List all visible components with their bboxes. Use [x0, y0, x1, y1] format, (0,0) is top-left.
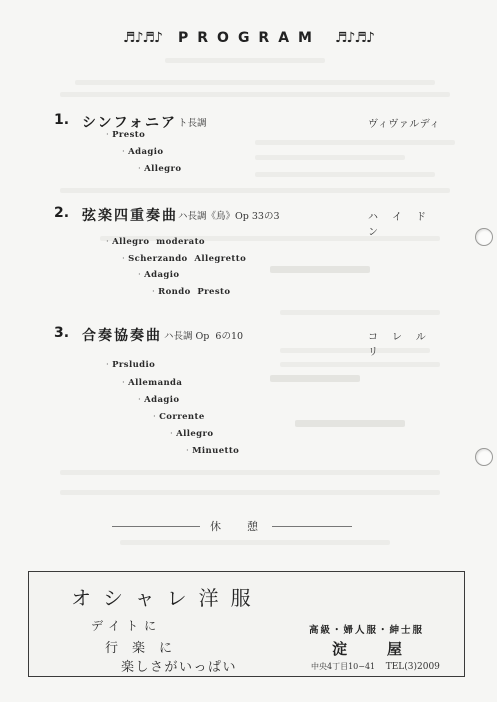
- ad-line: デイトに: [91, 617, 162, 634]
- ad-slogan: オシャレ洋服: [71, 582, 263, 611]
- piece-title: 合奏協奏曲: [82, 325, 162, 345]
- program-title: ♬♪♬♪PROGRAM♬♪♬♪: [0, 30, 497, 46]
- advertisement-box: オシャレ洋服 デイトに 行楽に 楽しさがいっぱい 高級・婦人服・紳士服 淀屋 中…: [28, 571, 465, 677]
- music-notes-icon: ♬♪♬♪: [335, 30, 374, 46]
- movement: ·Minuetto: [186, 446, 239, 456]
- address: 中央4丁目10−41: [311, 662, 375, 671]
- shop-name: 淀屋: [332, 638, 442, 659]
- movement: ·Corrente: [153, 412, 205, 422]
- shop-address: 中央4丁目10−41 TEL(3)2009: [311, 661, 440, 672]
- movement: ·Adagio: [138, 270, 179, 280]
- punch-hole-top: [475, 228, 493, 246]
- piece-key: ハ長調 Op 6の10: [164, 328, 243, 342]
- movement: ·Rondo Presto: [152, 287, 230, 297]
- punch-hole-bottom: [475, 448, 493, 466]
- movement: ·Adagio: [122, 147, 163, 157]
- divider-line-right: [272, 526, 352, 527]
- piece-number: 3.: [54, 325, 69, 341]
- piece-2-header: 2. 弦楽四重奏曲 ハ長調《鳥》Op 33の3 ハイドン: [54, 205, 454, 227]
- composer: ハイドン: [368, 208, 454, 238]
- movement: ·Prsludio: [106, 360, 155, 370]
- movement: ·Allegro: [138, 164, 181, 174]
- divider-line-left: [112, 526, 200, 527]
- movement: ·Presto: [106, 130, 145, 140]
- piece-number: 1.: [54, 112, 69, 128]
- composer: ヴィヴァルディ: [368, 115, 440, 130]
- ad-line: 楽しさがいっぱい: [121, 656, 237, 675]
- piece-3-header: 3. 合奏協奏曲 ハ長調 Op 6の10 コレルリ: [54, 325, 454, 347]
- piece-key: ト長調: [178, 115, 207, 129]
- piece-title: 弦楽四重奏曲: [82, 205, 178, 225]
- movement: ·Allegro moderato: [106, 237, 205, 247]
- ad-line: 行楽に: [105, 637, 186, 656]
- telephone: TEL(3)2009: [386, 662, 440, 672]
- intermission: 休憩: [112, 518, 352, 534]
- movement: ·Scherzando Allegretto: [122, 254, 246, 264]
- movement: ·Allemanda: [122, 378, 182, 388]
- piece-title: シンフォニア: [82, 112, 177, 132]
- movement: ·Adagio: [138, 395, 179, 405]
- ad-categories: 高級・婦人服・紳士服: [309, 622, 424, 636]
- piece-key: ハ長調《鳥》Op 33の3: [178, 208, 280, 222]
- music-notes-icon: ♬♪♬♪: [123, 30, 162, 46]
- movement: ·Allegro: [170, 429, 213, 439]
- composer: コレルリ: [368, 328, 454, 358]
- piece-number: 2.: [54, 205, 69, 221]
- program-title-text: PROGRAM: [178, 30, 321, 46]
